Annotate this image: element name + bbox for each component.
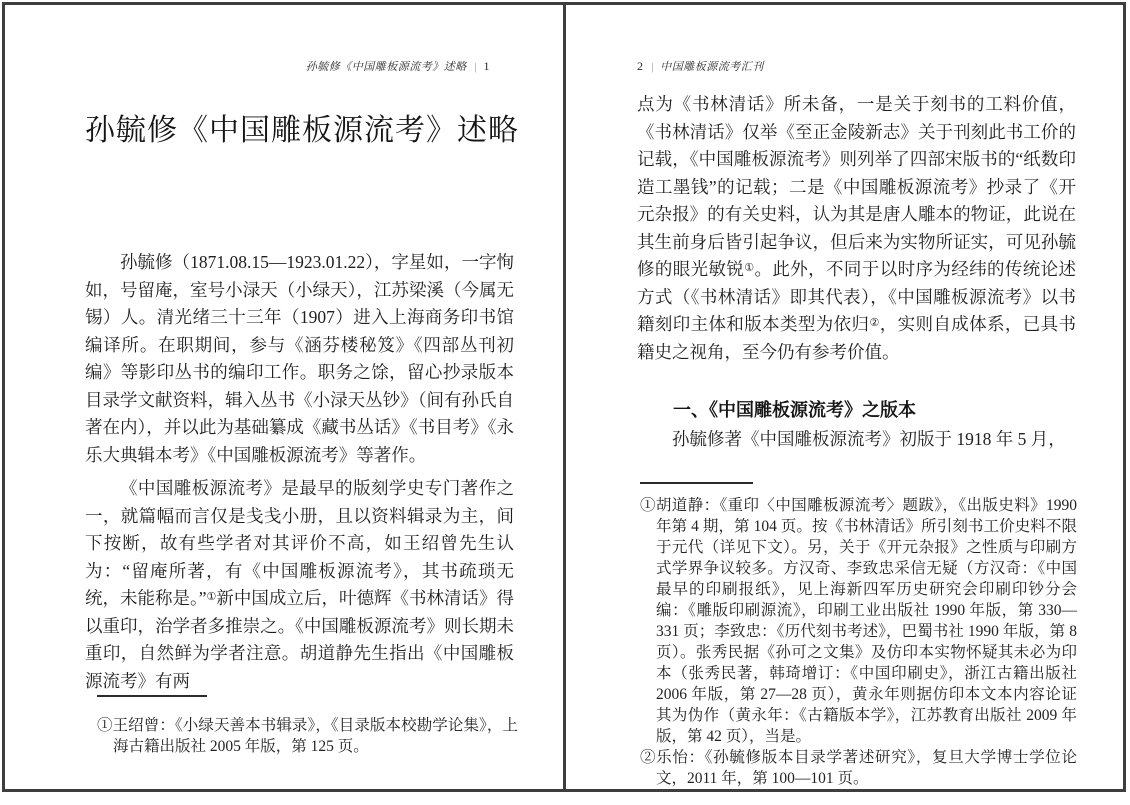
running-head-separator-left: | (474, 61, 476, 73)
page-number-left: 1 (484, 59, 491, 73)
paragraph-bio: 孙毓修（1871.08.15—1923.01.22），字星如，一字恂如，号留庵，… (85, 249, 514, 469)
running-head-right: 2|中国雕板源流考汇刊 (637, 58, 764, 74)
page-left: 孙毓修《中国雕板源流考》述略|1 孙毓修《中国雕板源流考》述略 孙毓修（1871… (5, 5, 563, 789)
article-title: 孙毓修《中国雕板源流考》述略 (85, 105, 519, 149)
running-head-left: 孙毓修《中国雕板源流考》述略|1 (85, 58, 490, 74)
footnote-1-right: ①胡道静：《重印〈中国雕板源流考〉题跋》，《出版史料》1990 年第 4 期，第… (640, 495, 1077, 747)
footnote-1-left: ①王绍曾：《小绿天善本书辑录》，《目录版本校勘学论集》，上海古籍出版社 2005… (97, 715, 518, 757)
footnote-divider-left (97, 695, 207, 697)
paragraph-continuation: 点为《书林清话》所未备，一是关于刻书的工料价值，《书林清话》仅举《至正金陵新志》… (637, 91, 1076, 366)
book-spread-scan: { "page_left": { "running_head": { "titl… (0, 0, 1130, 805)
body-text-right: 点为《书林清话》所未备，一是关于刻书的工料价值，《书林清话》仅举《至正金陵新志》… (637, 91, 1076, 454)
body-text-left: 孙毓修（1871.08.15—1923.01.22），字星如，一字恂如，号留庵，… (85, 249, 514, 695)
footnotes-right: ①胡道静：《重印〈中国雕板源流考〉题跋》，《出版史料》1990 年第 4 期，第… (640, 495, 1077, 789)
paragraph-evaluation: 《中国雕板源流考》是最早的版刻学史专门著作之一，就篇幅而言仅是戋戋小册，且以资料… (85, 475, 514, 695)
footnote-divider-right (640, 482, 753, 484)
footnote-2-right: ②乐怡：《孙毓修版本目录学著述研究》，复旦大学博士学位论文，2011 年，第 1… (640, 747, 1077, 789)
paragraph-edition: 孙毓修著《中国雕板源流考》初版于 1918 年 5 月， (637, 426, 1076, 454)
running-head-title-left: 孙毓修《中国雕板源流考》述略 (306, 61, 467, 73)
page-frame: 孙毓修《中国雕板源流考》述略|1 孙毓修《中国雕板源流考》述略 孙毓修（1871… (2, 2, 1126, 792)
footnotes-left: ①王绍曾：《小绿天善本书辑录》，《目录版本校勘学论集》，上海古籍出版社 2005… (97, 715, 518, 757)
running-head-title-right: 中国雕板源流考汇刊 (660, 61, 764, 73)
page-right: 2|中国雕板源流考汇刊 点为《书林清话》所未备，一是关于刻书的工料价值，《书林清… (566, 5, 1123, 789)
page-number-right: 2 (637, 59, 644, 73)
section-heading: 一、《中国雕板源流考》之版本 (637, 396, 1076, 424)
running-head-separator-right: | (651, 61, 653, 73)
